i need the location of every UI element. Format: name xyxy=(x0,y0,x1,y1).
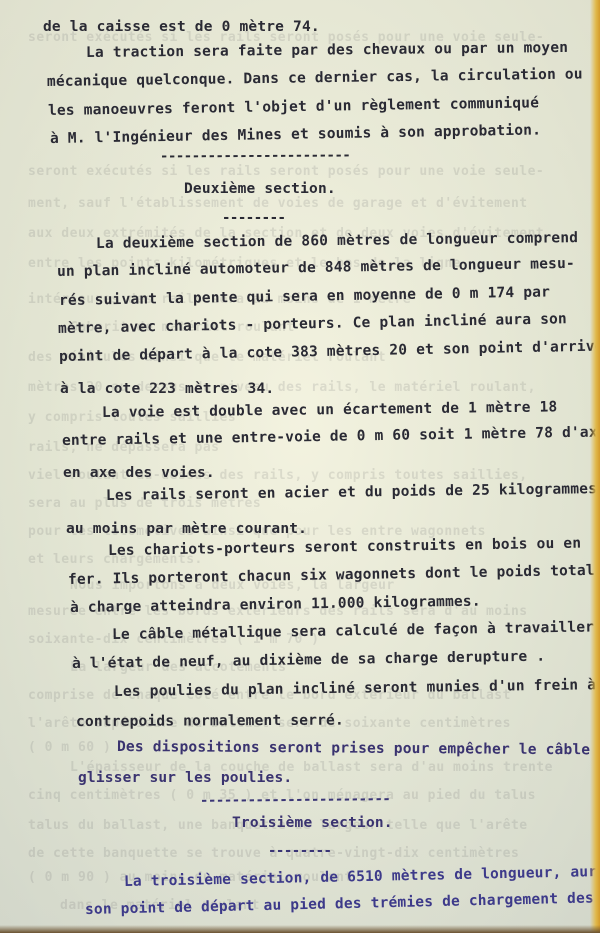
section-heading: Deuxième section. xyxy=(184,181,336,197)
paragraph-line: Les rails seront en acier et du poids de… xyxy=(106,481,597,504)
section-divider: -------- xyxy=(268,843,331,859)
scanned-document-page: seront exécutés si les rails seront posé… xyxy=(0,0,600,933)
paragraph-line: Des dispositions seront prises pour empê… xyxy=(117,739,600,758)
paragraph-line: mètre, avec chariots - porteurs. Ce plan… xyxy=(58,311,567,337)
paragraph-line: Les chariots-porteurs seront construits … xyxy=(108,536,581,559)
paragraph-line: en axe des voies. xyxy=(63,465,215,481)
paragraph-line: son point de départ au pied des trémies … xyxy=(85,890,594,918)
paragraph-line: de la caisse est de 0 mètre 74. xyxy=(43,19,320,35)
paragraph-line: La troisième section, de 6510 mètres de … xyxy=(124,864,600,890)
paragraph-line: Les poulies du plan incliné seront munie… xyxy=(114,677,596,700)
paragraph-line: à la cote 223 mètres 34. xyxy=(60,381,274,397)
paragraph-line: Le câble métallique sera calculé de faço… xyxy=(112,619,600,643)
paragraph-line: mécanique quelconque. Dans ce dernier ca… xyxy=(47,67,583,90)
paragraph-line: glisser sur les poulies. xyxy=(78,770,292,786)
paragraph-line: à M. l'Ingénieur des Mines et soumis à s… xyxy=(50,122,541,147)
paragraph-line: contrepoids normalement serré. xyxy=(76,713,344,730)
bleed-through-text: ment, sauf l'établissement de voies de g… xyxy=(28,196,528,211)
paragraph-line: entre rails et une entre-voie de 0 m 60 … xyxy=(62,424,600,449)
paragraph-line: les manoeuvres feront l'objet d'un règle… xyxy=(48,95,539,119)
paragraph-line: au moins par mètre courant. xyxy=(66,521,307,537)
section-divider: ------------------------ xyxy=(160,148,350,165)
paragraph-line: à l'état de neuf, au dixième de sa charg… xyxy=(72,649,545,672)
section-divider: -------- xyxy=(222,210,285,226)
page-edge-bottom xyxy=(0,925,600,933)
page-edge-right xyxy=(590,0,600,933)
bleed-through-text: seront exécutés si les rails seront posé… xyxy=(28,164,544,179)
section-divider: ------------------------ xyxy=(200,791,390,809)
paragraph-line: La voie est double avec un écartement de… xyxy=(102,399,558,421)
bleed-through-text: ( 0 m 60 ) xyxy=(28,740,111,755)
section-heading: Troisième section. xyxy=(232,815,393,831)
